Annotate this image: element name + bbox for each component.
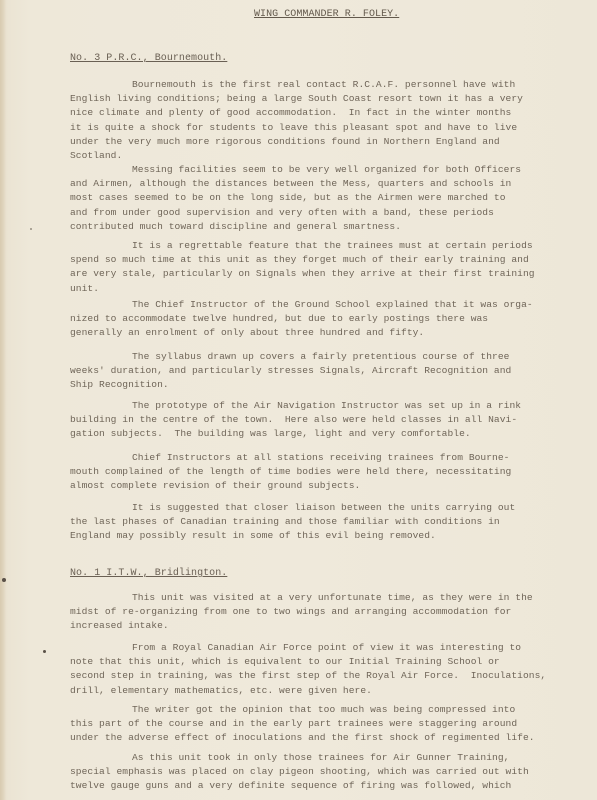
paragraph: This unit was visited at a very unfortun… <box>70 591 597 634</box>
section-heading-bournemouth: No. 3 P.R.C., Bournemouth. <box>70 53 227 64</box>
paragraph: Bournemouth is the first real contact R.… <box>70 78 597 163</box>
text-line: England may possibly result in some of t… <box>70 529 597 543</box>
text-line: it is quite a shock for students to leav… <box>70 121 597 135</box>
text-line: increased intake. <box>70 619 597 633</box>
text-line: most cases seemed to be on the long side… <box>70 191 597 205</box>
paragraph: The Chief Instructor of the Ground Schoo… <box>70 298 597 341</box>
text-line: The writer got the opinion that too much… <box>70 703 597 717</box>
text-line: nized to accommodate twelve hundred, but… <box>70 312 597 326</box>
text-line: special emphasis was placed on clay pige… <box>70 765 597 779</box>
text-line: note that this unit, which is equivalent… <box>70 655 597 669</box>
text-line: generally an enrolment of only about thr… <box>70 326 597 340</box>
text-line: midst of re-organizing from one to two w… <box>70 605 597 619</box>
text-line: building in the centre of the town. Here… <box>70 413 597 427</box>
text-line: Ship Recognition. <box>70 378 597 392</box>
text-line: English living conditions; being a large… <box>70 92 597 106</box>
paragraph: The syllabus drawn up covers a fairly pr… <box>70 350 597 393</box>
text-line: mouth complained of the length of time b… <box>70 465 597 479</box>
text-line: It is a regrettable feature that the tra… <box>70 239 597 253</box>
text-line: are very stale, particularly on Signals … <box>70 267 597 281</box>
text-line: From a Royal Canadian Air Force point of… <box>70 641 597 655</box>
text-line: unit. <box>70 282 597 296</box>
text-line: Chief Instructors at all stations receiv… <box>70 451 597 465</box>
ink-speck <box>30 228 32 230</box>
paragraph: Chief Instructors at all stations receiv… <box>70 451 597 494</box>
text-line: weeks' duration, and particularly stress… <box>70 364 597 378</box>
text-line: The prototype of the Air Navigation Inst… <box>70 399 597 413</box>
text-line: This unit was visited at a very unfortun… <box>70 591 597 605</box>
text-line: and Airmen, although the distances betwe… <box>70 177 597 191</box>
text-line: drill, elementary mathematics, etc. were… <box>70 684 597 698</box>
text-line: second step in training, was the first s… <box>70 669 597 683</box>
text-line: the last phases of Canadian training and… <box>70 515 597 529</box>
text-line: contributed much toward discipline and g… <box>70 220 597 234</box>
text-line: almost complete revision of their ground… <box>70 479 597 493</box>
text-line: Bournemouth is the first real contact R.… <box>70 78 597 92</box>
paragraph: It is a regrettable feature that the tra… <box>70 239 597 296</box>
text-line: The Chief Instructor of the Ground Schoo… <box>70 298 597 312</box>
text-line: Scotland. <box>70 149 597 163</box>
ink-speck <box>43 650 46 653</box>
text-line: spend so much time at this unit as they … <box>70 253 597 267</box>
paragraph: The prototype of the Air Navigation Inst… <box>70 399 597 442</box>
text-line: Messing facilities seem to be very well … <box>70 163 597 177</box>
text-line: It is suggested that closer liaison betw… <box>70 501 597 515</box>
text-line: and from under good supervision and very… <box>70 206 597 220</box>
paragraph: As this unit took in only those trainees… <box>70 751 597 794</box>
text-line: nice climate and plenty of good accommod… <box>70 106 597 120</box>
paragraph: Messing facilities seem to be very well … <box>70 163 597 234</box>
page-edge-shadow <box>0 0 6 800</box>
text-line: under the very much more rigorous condit… <box>70 135 597 149</box>
document-title: WING COMMANDER R. FOLEY. <box>254 9 399 20</box>
paragraph: From a Royal Canadian Air Force point of… <box>70 641 597 698</box>
text-line: twelve gauge guns and a very definite se… <box>70 779 597 793</box>
paragraph: It is suggested that closer liaison betw… <box>70 501 597 544</box>
ink-speck <box>2 578 6 582</box>
section-heading-bridlington: No. 1 I.T.W., Bridlington. <box>70 568 227 579</box>
text-line: gation subjects. The building was large,… <box>70 427 597 441</box>
paragraph: The writer got the opinion that too much… <box>70 703 597 746</box>
text-line: under the adverse effect of inoculations… <box>70 731 597 745</box>
text-line: As this unit took in only those trainees… <box>70 751 597 765</box>
text-line: The syllabus drawn up covers a fairly pr… <box>70 350 597 364</box>
text-line: this part of the course and in the early… <box>70 717 597 731</box>
